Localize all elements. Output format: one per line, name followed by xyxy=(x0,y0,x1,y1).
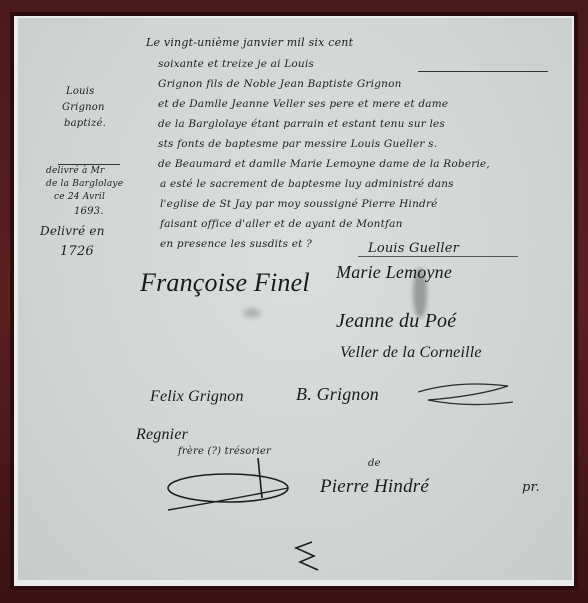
body-line: soixante et treize je ai Louis xyxy=(158,58,314,70)
signature-gueller: Louis Gueller xyxy=(368,241,459,256)
body-line: l'eglise de St Jay par moy soussigné Pie… xyxy=(160,198,438,210)
margin-line: Grignon xyxy=(62,102,105,113)
body-line: de Beaumard et damlle Marie Lemoyne dame… xyxy=(158,158,490,170)
margin-line: delivré à Mr xyxy=(46,166,105,176)
signature-pierre-hindre: Pierre Hindré xyxy=(320,476,429,498)
document-paper: Louis Grignon baptizé. delivré à Mr de l… xyxy=(18,18,572,580)
margin-line: de la Barglolaye xyxy=(46,179,123,189)
margin-line: 1693. xyxy=(74,206,104,217)
margin-rule xyxy=(58,164,120,165)
body-line: sts fonts de baptesme par messire Louis … xyxy=(158,138,437,150)
margin-footer: 1726 xyxy=(60,244,94,259)
signature-prefix: de xyxy=(368,458,381,469)
margin-footer: Delivré en xyxy=(40,224,105,238)
margin-line: ce 24 Avril xyxy=(54,192,105,202)
margin-line: Louis xyxy=(66,86,94,97)
signature-marie-lemoyne: Marie Lemoyne xyxy=(336,262,452,283)
body-line: Grignon fils de Noble Jean Baptiste Grig… xyxy=(158,78,402,90)
body-line: Le vingt-unième janvier mil six cent xyxy=(146,36,353,49)
signature-b-grignon: B. Grignon xyxy=(296,384,379,405)
grignon-paraph-flourish xyxy=(418,378,518,412)
signature-francoise-finel: Françoise Finel xyxy=(140,268,310,298)
regnier-paraph-flourish xyxy=(158,458,298,518)
margin-line: baptizé. xyxy=(64,118,106,129)
signature-underline xyxy=(358,256,518,257)
signature-jeanne-du-poe: Jeanne du Poé xyxy=(336,310,456,333)
body-line: de la Barglolaye étant parrain et estant… xyxy=(158,118,445,130)
closing-squiggle xyxy=(292,538,332,574)
body-line: en presence les susdits et ? xyxy=(160,238,312,250)
body-line: faisant office d'aller et de ayant de Mo… xyxy=(160,218,403,230)
underline xyxy=(418,71,548,72)
signature-regnier: Regnier xyxy=(136,426,188,444)
ink-smudge xyxy=(243,308,261,318)
signature-veller: Veller de la Corneille xyxy=(340,344,482,362)
body-line: a esté le sacrement de baptesme luy admi… xyxy=(160,178,454,190)
body-line: et de Damlle Jeanne Veller ses pere et m… xyxy=(158,98,448,110)
signature-felix-grignon: Felix Grignon xyxy=(150,388,244,406)
signature-regnier-title: frère (?) trésorier xyxy=(178,446,271,457)
signature-suffix: pr. xyxy=(522,480,540,495)
